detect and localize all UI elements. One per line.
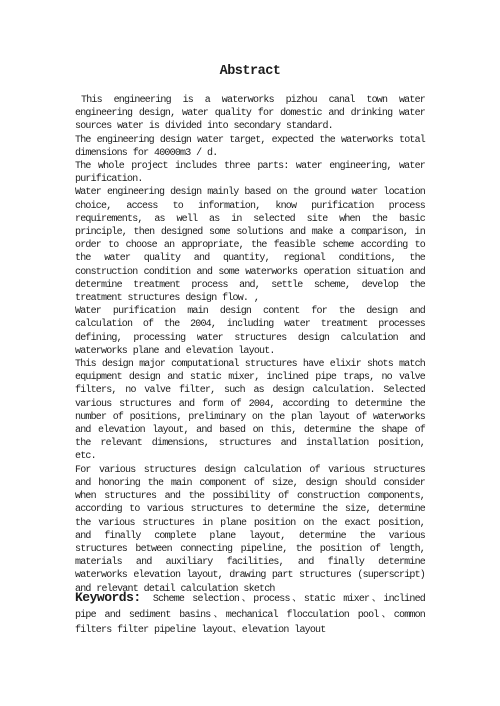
- abstract-paragraphs: This engineering is a waterworks pizhou …: [75, 94, 425, 596]
- abstract-paragraph: The engineering design water target, exp…: [75, 134, 425, 160]
- document-page: Abstract This engineering is a waterwork…: [0, 0, 500, 706]
- abstract-paragraph: This design major computational structur…: [75, 358, 425, 464]
- keywords-label: Keywords:: [75, 590, 145, 605]
- abstract-paragraph: Water purification main design content f…: [75, 305, 425, 358]
- page-title: Abstract: [0, 0, 500, 80]
- keywords-block: Keywords: Scheme selection、process、stati…: [75, 590, 425, 639]
- abstract-paragraph: Water engineering design mainly based on…: [75, 186, 425, 305]
- abstract-paragraph: This engineering is a waterworks pizhou …: [75, 94, 425, 134]
- abstract-paragraph: The whole project includes three parts: …: [75, 160, 425, 186]
- abstract-paragraph: For various structures design calculatio…: [75, 464, 425, 596]
